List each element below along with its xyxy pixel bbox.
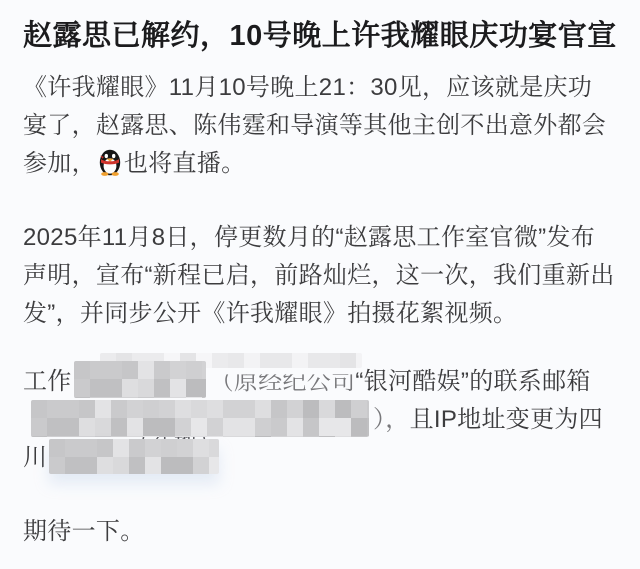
paragraph-4: 期待一下。 xyxy=(23,513,617,551)
text-segment: 工作 xyxy=(23,368,72,395)
paragraph-2: 2025年11月8日，停更数月的“赵露思工作室官微”发布 声明，宣布“新程已启，… xyxy=(23,219,617,333)
text-segment: 也将直播。 xyxy=(124,150,246,177)
text-line: 《许我耀眼》11月10号晚上21：30见，应该就是庆功 xyxy=(23,69,617,107)
text-line: 宴了，赵露思、陈伟霆和导演等其他主创不出意外都会 xyxy=(23,107,617,145)
text-segment: 参加， xyxy=(23,150,96,177)
text-segment: “银河酷娱”的联系邮箱 xyxy=(355,368,590,395)
censor-mosaic xyxy=(49,439,219,474)
text-line: 工作（原经纪公司“银河酷娱”的联系邮箱 xyxy=(23,363,617,401)
article: 赵露思已解约，10号晚上许我耀眼庆功宴官宣 《许我耀眼》11月10号晚上21：3… xyxy=(0,0,640,551)
text-line: 川（在地） xyxy=(23,439,617,477)
text-segment: 且IP地址变更为四 xyxy=(410,406,603,433)
article-title: 赵露思已解约，10号晚上许我耀眼庆功宴官宣 xyxy=(23,18,617,55)
partially-censored-text: ）， xyxy=(373,406,410,433)
text-line: ），且IP地址变更为四 xyxy=(23,401,617,439)
text-line: 声明，宣布“新程已启，前路灿烂，这一次，我们重新出 xyxy=(23,257,617,295)
text-line: 2025年11月8日，停更数月的“赵露思工作室官微”发布 xyxy=(23,219,617,257)
text-line: 参加， 也将直播。 xyxy=(23,145,617,183)
text-line: 发”，并同步公开《许我耀眼》拍摄花絮视频。 xyxy=(23,295,617,333)
censor-mosaic xyxy=(31,400,369,437)
partially-censored-text: （原经纪公司 xyxy=(210,363,356,401)
text-line: 期待一下。 xyxy=(23,513,617,551)
censor-mosaic xyxy=(74,361,206,398)
text-segment: 川 xyxy=(23,444,47,471)
paragraph-3-censored: 工作（原经纪公司“银河酷娱”的联系邮箱 ），且IP地址变更为四 川（在地） xyxy=(23,363,617,477)
censored-region: （在地） xyxy=(47,439,219,477)
qq-penguin-icon xyxy=(98,148,122,188)
paragraph-1: 《许我耀眼》11月10号晚上21：30见，应该就是庆功 宴了，赵露思、陈伟霆和导… xyxy=(23,69,617,183)
